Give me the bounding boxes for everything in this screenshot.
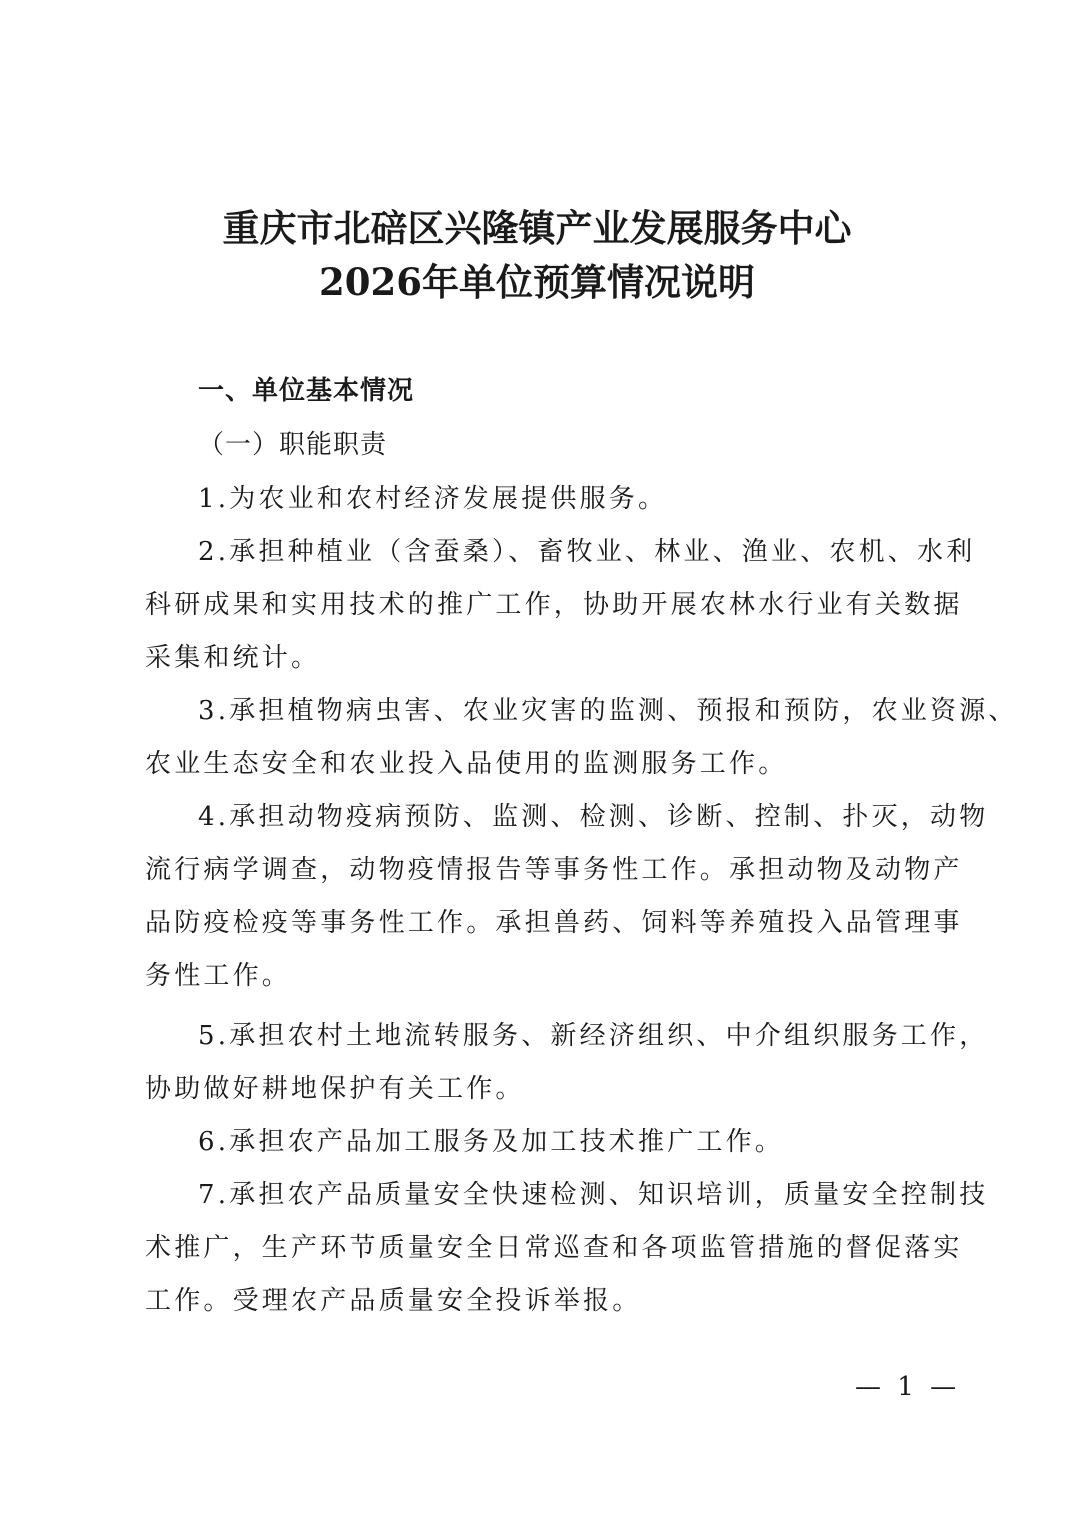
paragraph-line: 术推广，生产环节质量安全日常巡查和各项监管措施的督促落实: [145, 1227, 963, 1264]
document-title-line-1: 重庆市北碚区兴隆镇产业发展服务中心: [0, 198, 1074, 252]
page-number: — 1 —: [855, 1372, 960, 1402]
paragraph-line: 4.承担动物疫病预防、监测、检测、诊断、控制、扑灭，动物: [198, 796, 988, 833]
paragraph-line: 7.承担农产品质量安全快速检测、知识培训，质量安全控制技: [198, 1174, 988, 1211]
paragraph-line: 1.为农业和农村经济发展提供服务。: [198, 478, 667, 515]
paragraph-line: 6.承担农产品加工服务及加工技术推广工作。: [198, 1121, 784, 1158]
paragraph-line: 协助做好耕地保护有关工作。: [145, 1068, 525, 1105]
document-title-line-2: 2026年单位预算情况说明: [0, 252, 1074, 306]
section-heading: 一、单位基本情况: [198, 370, 414, 407]
paragraph-line: 农业生态安全和农业投入品使用的监测服务工作。: [145, 743, 787, 780]
paragraph-line: 科研成果和实用技术的推广工作，协助开展农林水行业有关数据: [145, 584, 963, 621]
paragraph-line: 3.承担植物病虫害、农业灾害的监测、预报和预防，农业资源、: [198, 690, 1018, 727]
subsection-heading: （一）职能职责: [198, 424, 387, 461]
paragraph-line: 工作。受理农产品质量安全投诉举报。: [145, 1280, 641, 1317]
paragraph-line: 流行病学调查，动物疫情报告等事务性工作。承担动物及动物产: [145, 849, 963, 886]
paragraph-line: 品防疫检疫等事务性工作。承担兽药、饲料等养殖投入品管理事: [145, 902, 963, 939]
paragraph-line: 采集和统计。: [145, 637, 320, 674]
paragraph-line: 务性工作。: [145, 955, 291, 992]
paragraph-line: 5.承担农村土地流转服务、新经济组织、中介组织服务工作，: [198, 1015, 988, 1052]
paragraph-line: 2.承担种植业（含蚕桑）、畜牧业、林业、渔业、农机、水利: [198, 531, 975, 568]
